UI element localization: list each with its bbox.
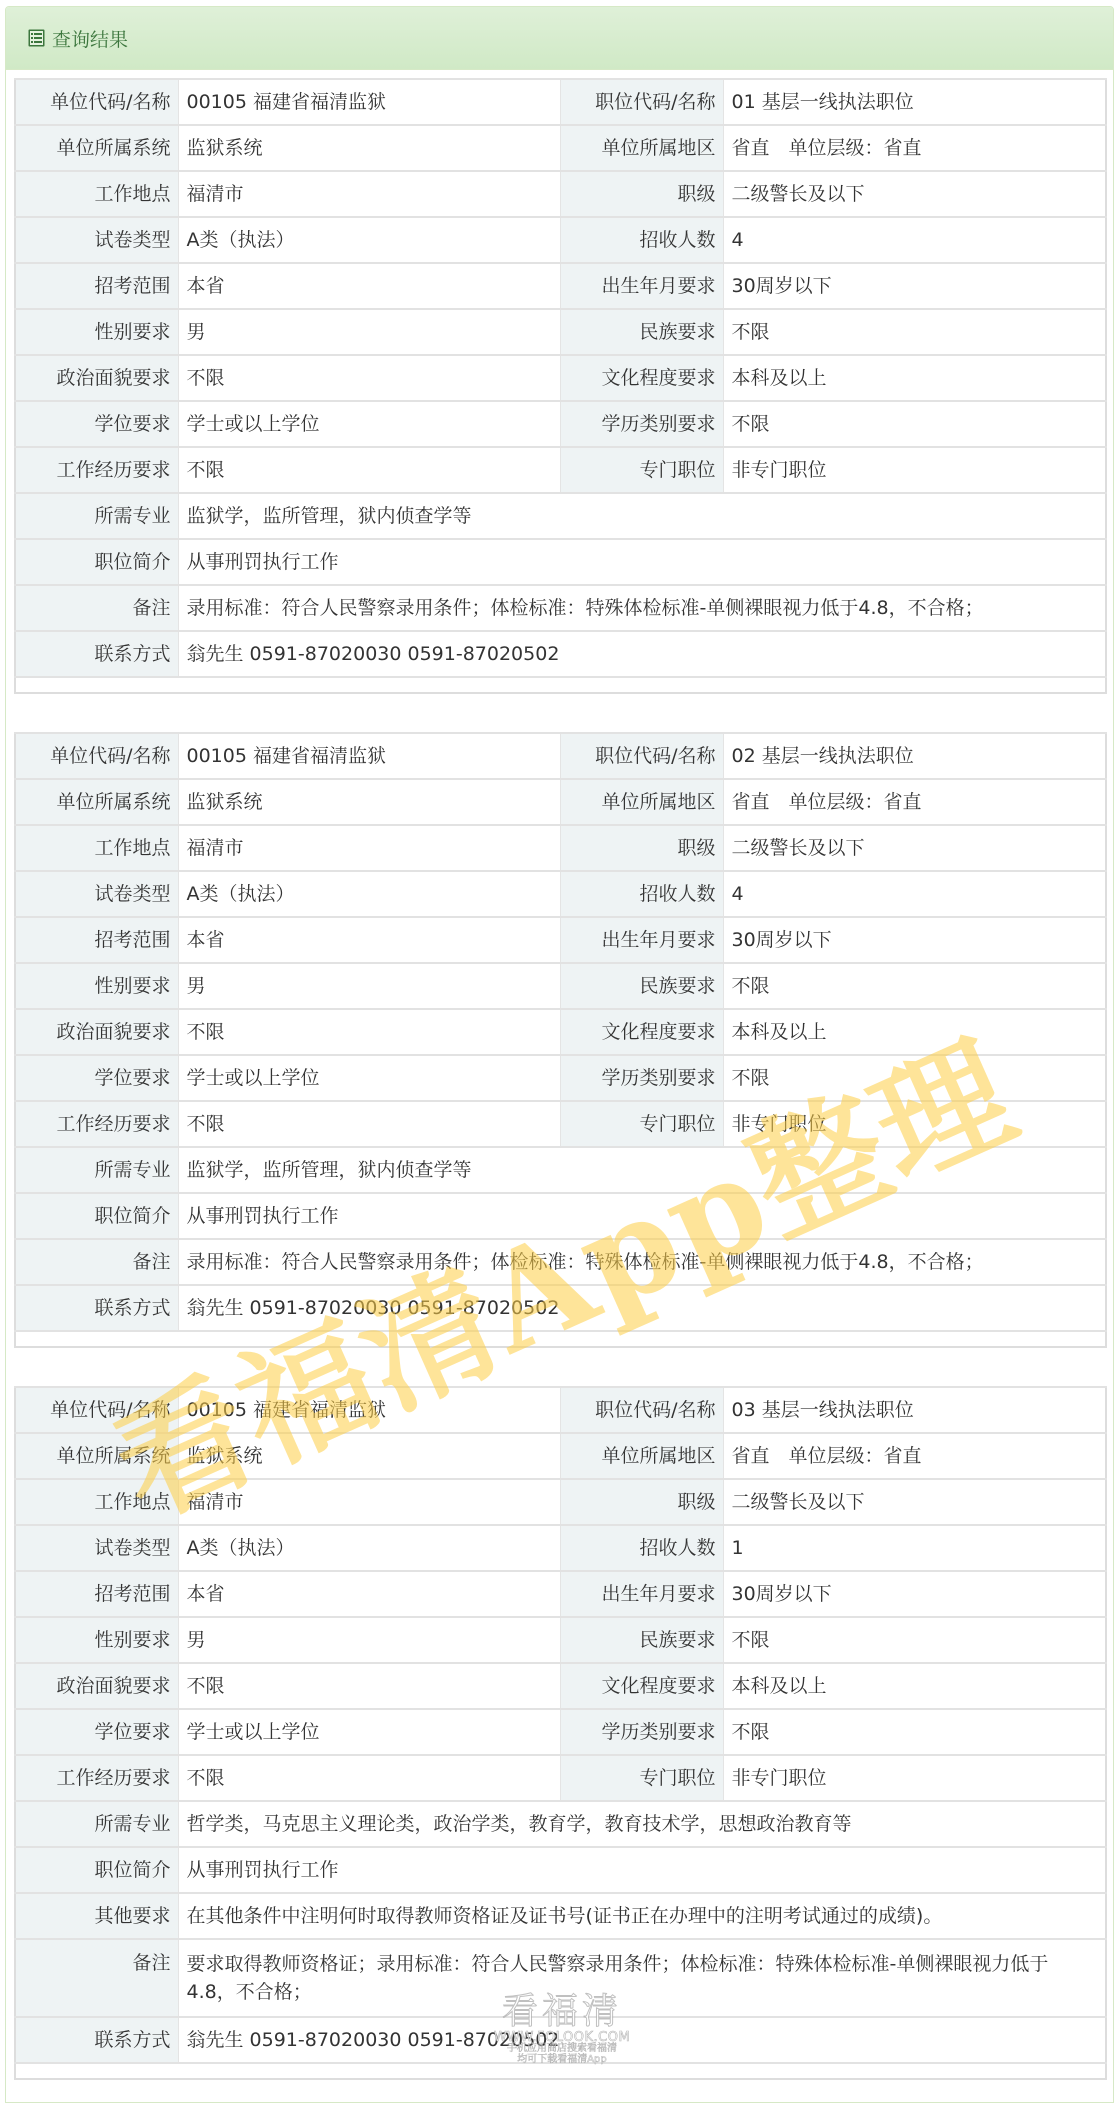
birth-req-value: 30周岁以下 [723, 1571, 1106, 1617]
field-label: 工作地点 [15, 171, 178, 217]
experience-value: 不限 [178, 1755, 560, 1801]
field-label: 出生年月要求 [560, 1571, 723, 1617]
edu-type-value: 不限 [723, 1709, 1106, 1755]
table-row: 备注 录用标准：符合人民警察录用条件；体检标准：特殊体检标准-单侧裸眼视力低于4… [15, 585, 1106, 631]
table-row: 单位代码/名称 00105 福建省福清监狱 职位代码/名称 01 基层一线执法职… [15, 79, 1106, 125]
political-value: 不限 [178, 1663, 560, 1709]
field-label: 单位所属地区 [560, 125, 723, 171]
field-label: 职位简介 [15, 1193, 178, 1239]
field-label: 备注 [15, 1239, 178, 1285]
table-row: 联系方式 翁先生 0591-87020030 0591-87020502 [15, 2017, 1106, 2063]
spacer-row [15, 2063, 1106, 2079]
table-row: 职位简介 从事刑罚执行工作 [15, 1193, 1106, 1239]
table-row: 政治面貌要求 不限 文化程度要求 本科及以上 [15, 355, 1106, 401]
ethnicity-value: 不限 [723, 1617, 1106, 1663]
field-label: 单位所属系统 [15, 1433, 178, 1479]
table-row: 所需专业 哲学类，马克思主义理论类，政治学类，教育学，教育技术学，思想政治教育等 [15, 1801, 1106, 1847]
table-row: 政治面貌要求 不限 文化程度要求 本科及以上 [15, 1009, 1106, 1055]
major-value: 哲学类，马克思主义理论类，政治学类，教育学，教育技术学，思想政治教育等 [178, 1801, 1106, 1847]
field-label: 性别要求 [15, 1617, 178, 1663]
table-row: 工作经历要求 不限 专门职位 非专门职位 [15, 1101, 1106, 1147]
experience-value: 不限 [178, 1101, 560, 1147]
degree-value: 学士或以上学位 [178, 401, 560, 447]
field-label: 工作地点 [15, 1479, 178, 1525]
field-label: 工作经历要求 [15, 1101, 178, 1147]
field-label: 学历类别要求 [560, 1709, 723, 1755]
table-row: 工作经历要求 不限 专门职位 非专门职位 [15, 447, 1106, 493]
table-row: 性别要求 男 民族要求 不限 [15, 309, 1106, 355]
list-alt-icon [28, 29, 45, 47]
field-label: 学历类别要求 [560, 401, 723, 447]
table-row: 单位所属系统 监狱系统 单位所属地区 省直 单位层级：省直 [15, 125, 1106, 171]
gender-value: 男 [178, 1617, 560, 1663]
unit-region-value: 省直 单位层级：省直 [723, 125, 1106, 171]
headcount-value: 4 [723, 217, 1106, 263]
education-value: 本科及以上 [723, 1009, 1106, 1055]
field-label: 文化程度要求 [560, 1009, 723, 1055]
field-label: 文化程度要求 [560, 355, 723, 401]
field-label: 专门职位 [560, 1101, 723, 1147]
table-row: 试卷类型 A类（执法） 招收人数 1 [15, 1525, 1106, 1571]
field-label: 单位代码/名称 [15, 733, 178, 779]
table-row: 备注 要求取得教师资格证；录用标准：符合人民警察录用条件；体检标准：特殊体检标准… [15, 1939, 1106, 2017]
field-label: 职级 [560, 171, 723, 217]
position-detail-table: 单位代码/名称 00105 福建省福清监狱 职位代码/名称 03 基层一线执法职… [14, 1386, 1107, 2080]
work-location-value: 福清市 [178, 171, 560, 217]
rank-value: 二级警长及以下 [723, 171, 1106, 217]
contact-value: 翁先生 0591-87020030 0591-87020502 [178, 1285, 1106, 1331]
field-label: 单位所属系统 [15, 779, 178, 825]
field-label: 出生年月要求 [560, 917, 723, 963]
headcount-value: 4 [723, 871, 1106, 917]
table-row: 试卷类型 A类（执法） 招收人数 4 [15, 217, 1106, 263]
table-row: 单位所属系统 监狱系统 单位所属地区 省直 单位层级：省直 [15, 1433, 1106, 1479]
education-value: 本科及以上 [723, 1663, 1106, 1709]
position-detail-table: 单位代码/名称 00105 福建省福清监狱 职位代码/名称 02 基层一线执法职… [14, 732, 1107, 1348]
degree-value: 学士或以上学位 [178, 1055, 560, 1101]
table-row: 工作地点 福清市 职级 二级警长及以下 [15, 171, 1106, 217]
field-label: 职位简介 [15, 539, 178, 585]
field-label: 所需专业 [15, 493, 178, 539]
table-row: 学位要求 学士或以上学位 学历类别要求 不限 [15, 1709, 1106, 1755]
field-label: 招收人数 [560, 1525, 723, 1571]
field-label: 职级 [560, 825, 723, 871]
field-label: 政治面貌要求 [15, 1009, 178, 1055]
ethnicity-value: 不限 [723, 963, 1106, 1009]
field-label: 试卷类型 [15, 871, 178, 917]
field-label: 学历类别要求 [560, 1055, 723, 1101]
table-row: 职位简介 从事刑罚执行工作 [15, 539, 1106, 585]
field-label: 学位要求 [15, 1055, 178, 1101]
field-label: 备注 [15, 1939, 178, 2017]
field-label: 招考范围 [15, 917, 178, 963]
table-row: 工作地点 福清市 职级 二级警长及以下 [15, 825, 1106, 871]
table-row: 试卷类型 A类（执法） 招收人数 4 [15, 871, 1106, 917]
special-value: 非专门职位 [723, 1101, 1106, 1147]
field-label: 其他要求 [15, 1893, 178, 1939]
field-label: 政治面貌要求 [15, 355, 178, 401]
table-row: 联系方式 翁先生 0591-87020030 0591-87020502 [15, 631, 1106, 677]
field-label: 职位代码/名称 [560, 733, 723, 779]
position-code-name-value: 02 基层一线执法职位 [723, 733, 1106, 779]
spacer-row [15, 677, 1106, 693]
table-row: 单位代码/名称 00105 福建省福清监狱 职位代码/名称 02 基层一线执法职… [15, 733, 1106, 779]
table-row: 工作经历要求 不限 专门职位 非专门职位 [15, 1755, 1106, 1801]
recruit-scope-value: 本省 [178, 917, 560, 963]
table-row: 单位所属系统 监狱系统 单位所属地区 省直 单位层级：省直 [15, 779, 1106, 825]
field-label: 文化程度要求 [560, 1663, 723, 1709]
table-row: 联系方式 翁先生 0591-87020030 0591-87020502 [15, 1285, 1106, 1331]
field-label: 出生年月要求 [560, 263, 723, 309]
gender-value: 男 [178, 309, 560, 355]
unit-system-value: 监狱系统 [178, 779, 560, 825]
work-location-value: 福清市 [178, 825, 560, 871]
other-req-value: 在其他条件中注明何时取得教师资格证及证书号(证书正在办理中的注明考试通过的成绩)… [178, 1893, 1106, 1939]
field-label: 性别要求 [15, 309, 178, 355]
rank-value: 二级警长及以下 [723, 1479, 1106, 1525]
birth-req-value: 30周岁以下 [723, 917, 1106, 963]
panel-body: 单位代码/名称 00105 福建省福清监狱 职位代码/名称 01 基层一线执法职… [6, 70, 1113, 2080]
field-label: 备注 [15, 585, 178, 631]
table-row: 学位要求 学士或以上学位 学历类别要求 不限 [15, 401, 1106, 447]
exam-type-value: A类（执法） [178, 217, 560, 263]
field-label: 单位代码/名称 [15, 79, 178, 125]
field-label: 单位代码/名称 [15, 1387, 178, 1433]
political-value: 不限 [178, 355, 560, 401]
field-label: 单位所属系统 [15, 125, 178, 171]
field-label: 职级 [560, 1479, 723, 1525]
headcount-value: 1 [723, 1525, 1106, 1571]
table-row: 所需专业 监狱学，监所管理，狱内侦查学等 [15, 493, 1106, 539]
table-row: 招考范围 本省 出生年月要求 30周岁以下 [15, 263, 1106, 309]
field-label: 试卷类型 [15, 1525, 178, 1571]
table-row: 招考范围 本省 出生年月要求 30周岁以下 [15, 1571, 1106, 1617]
edu-type-value: 不限 [723, 401, 1106, 447]
recruit-scope-value: 本省 [178, 263, 560, 309]
field-label: 联系方式 [15, 1285, 178, 1331]
field-label: 单位所属地区 [560, 1433, 723, 1479]
field-label: 性别要求 [15, 963, 178, 1009]
recruit-scope-value: 本省 [178, 1571, 560, 1617]
table-row: 备注 录用标准：符合人民警察录用条件；体检标准：特殊体检标准-单侧裸眼视力低于4… [15, 1239, 1106, 1285]
field-label: 职位代码/名称 [560, 1387, 723, 1433]
birth-req-value: 30周岁以下 [723, 263, 1106, 309]
field-label: 联系方式 [15, 631, 178, 677]
query-results-panel: 查询结果 单位代码/名称 00105 福建省福清监狱 职位代码/名称 01 基层… [5, 6, 1114, 2103]
field-label: 招收人数 [560, 871, 723, 917]
unit-code-name-value: 00105 福建省福清监狱 [178, 1387, 560, 1433]
unit-system-value: 监狱系统 [178, 1433, 560, 1479]
degree-value: 学士或以上学位 [178, 1709, 560, 1755]
table-row: 性别要求 男 民族要求 不限 [15, 963, 1106, 1009]
spacer-cell [15, 2063, 1106, 2079]
position-code-name-value: 03 基层一线执法职位 [723, 1387, 1106, 1433]
field-label: 单位所属地区 [560, 779, 723, 825]
field-label: 工作经历要求 [15, 1755, 178, 1801]
table-row: 其他要求 在其他条件中注明何时取得教师资格证及证书号(证书正在办理中的注明考试通… [15, 1893, 1106, 1939]
spacer-row [15, 1331, 1106, 1347]
remark-value: 录用标准：符合人民警察录用条件；体检标准：特殊体检标准-单侧裸眼视力低于4.8，… [178, 585, 1106, 631]
gender-value: 男 [178, 963, 560, 1009]
field-label: 民族要求 [560, 309, 723, 355]
field-label: 政治面貌要求 [15, 1663, 178, 1709]
experience-value: 不限 [178, 447, 560, 493]
intro-value: 从事刑罚执行工作 [178, 1193, 1106, 1239]
field-label: 专门职位 [560, 447, 723, 493]
table-row: 职位简介 从事刑罚执行工作 [15, 1847, 1106, 1893]
unit-region-value: 省直 单位层级：省直 [723, 779, 1106, 825]
rank-value: 二级警长及以下 [723, 825, 1106, 871]
unit-system-value: 监狱系统 [178, 125, 560, 171]
field-label: 联系方式 [15, 2017, 178, 2063]
field-label: 所需专业 [15, 1801, 178, 1847]
major-value: 监狱学，监所管理，狱内侦查学等 [178, 493, 1106, 539]
table-row: 性别要求 男 民族要求 不限 [15, 1617, 1106, 1663]
field-label: 民族要求 [560, 963, 723, 1009]
education-value: 本科及以上 [723, 355, 1106, 401]
political-value: 不限 [178, 1009, 560, 1055]
unit-code-name-value: 00105 福建省福清监狱 [178, 79, 560, 125]
position-code-name-value: 01 基层一线执法职位 [723, 79, 1106, 125]
field-label: 招收人数 [560, 217, 723, 263]
table-row: 所需专业 监狱学，监所管理，狱内侦查学等 [15, 1147, 1106, 1193]
unit-region-value: 省直 单位层级：省直 [723, 1433, 1106, 1479]
field-label: 专门职位 [560, 1755, 723, 1801]
panel-title: 查询结果 [52, 25, 128, 52]
major-value: 监狱学，监所管理，狱内侦查学等 [178, 1147, 1106, 1193]
remark-value: 要求取得教师资格证；录用标准：符合人民警察录用条件；体检标准：特殊体检标准-单侧… [178, 1939, 1106, 2017]
table-row: 工作地点 福清市 职级 二级警长及以下 [15, 1479, 1106, 1525]
position-detail-table: 单位代码/名称 00105 福建省福清监狱 职位代码/名称 01 基层一线执法职… [14, 78, 1107, 694]
field-label: 职位代码/名称 [560, 79, 723, 125]
table-row: 政治面貌要求 不限 文化程度要求 本科及以上 [15, 1663, 1106, 1709]
exam-type-value: A类（执法） [178, 871, 560, 917]
intro-value: 从事刑罚执行工作 [178, 539, 1106, 585]
work-location-value: 福清市 [178, 1479, 560, 1525]
ethnicity-value: 不限 [723, 309, 1106, 355]
special-value: 非专门职位 [723, 1755, 1106, 1801]
field-label: 工作地点 [15, 825, 178, 871]
field-label: 所需专业 [15, 1147, 178, 1193]
spacer-cell [15, 677, 1106, 693]
field-label: 招考范围 [15, 263, 178, 309]
spacer-cell [15, 1331, 1106, 1347]
field-label: 职位简介 [15, 1847, 178, 1893]
remark-value: 录用标准：符合人民警察录用条件；体检标准：特殊体检标准-单侧裸眼视力低于4.8，… [178, 1239, 1106, 1285]
table-row: 招考范围 本省 出生年月要求 30周岁以下 [15, 917, 1106, 963]
edu-type-value: 不限 [723, 1055, 1106, 1101]
field-label: 工作经历要求 [15, 447, 178, 493]
field-label: 试卷类型 [15, 217, 178, 263]
contact-value: 翁先生 0591-87020030 0591-87020502 [178, 631, 1106, 677]
exam-type-value: A类（执法） [178, 1525, 560, 1571]
contact-value: 翁先生 0591-87020030 0591-87020502 [178, 2017, 1106, 2063]
panel-heading: 查询结果 [6, 7, 1113, 70]
special-value: 非专门职位 [723, 447, 1106, 493]
table-row: 单位代码/名称 00105 福建省福清监狱 职位代码/名称 03 基层一线执法职… [15, 1387, 1106, 1433]
intro-value: 从事刑罚执行工作 [178, 1847, 1106, 1893]
table-row: 学位要求 学士或以上学位 学历类别要求 不限 [15, 1055, 1106, 1101]
field-label: 学位要求 [15, 401, 178, 447]
field-label: 招考范围 [15, 1571, 178, 1617]
field-label: 民族要求 [560, 1617, 723, 1663]
field-label: 学位要求 [15, 1709, 178, 1755]
unit-code-name-value: 00105 福建省福清监狱 [178, 733, 560, 779]
